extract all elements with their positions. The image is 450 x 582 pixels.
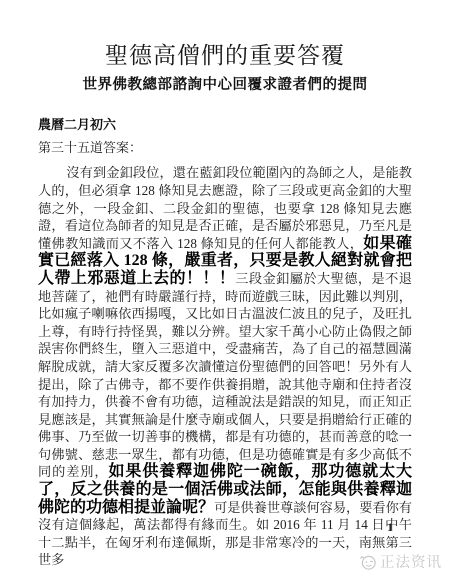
lunar-date: 農曆二月初六 [38, 117, 412, 134]
body-segment: 沒有到金釦段位，還在藍釦段位範圍內的為師之人，是能教人的，但必須拿 128 條知… [38, 165, 412, 250]
document-title: 聖德高僧們的重要答覆 [38, 42, 412, 71]
watermark-label: 正法资讯 [380, 551, 442, 572]
answer-body-paragraph: 沒有到金釦段位，還在藍釦段位範圍內的為師之人，是能教人的，但必須拿 128 條知… [38, 164, 412, 569]
page-number: 1 [387, 522, 393, 534]
document-page: 聖德高僧們的重要答覆 世界佛教總部諮詢中心回覆求證者們的提問 農曆二月初六 第三… [0, 0, 450, 582]
body-segment: 三段金釦屬於大聖德，是不退地菩薩了，祂們有時嚴謹行持，時而遊戲三昧，因此難以判別… [38, 271, 412, 480]
zhengfa-logo-icon [359, 553, 377, 571]
document-subtitle: 世界佛教總部諮詢中心回覆求證者們的提問 [38, 76, 412, 95]
document-content: 聖德高僧們的重要答覆 世界佛教總部諮詢中心回覆求證者們的提問 農曆二月初六 第三… [0, 0, 450, 569]
watermark: 正法资讯 [359, 551, 442, 572]
answer-number-label: 第三十五道答案： [38, 140, 412, 157]
